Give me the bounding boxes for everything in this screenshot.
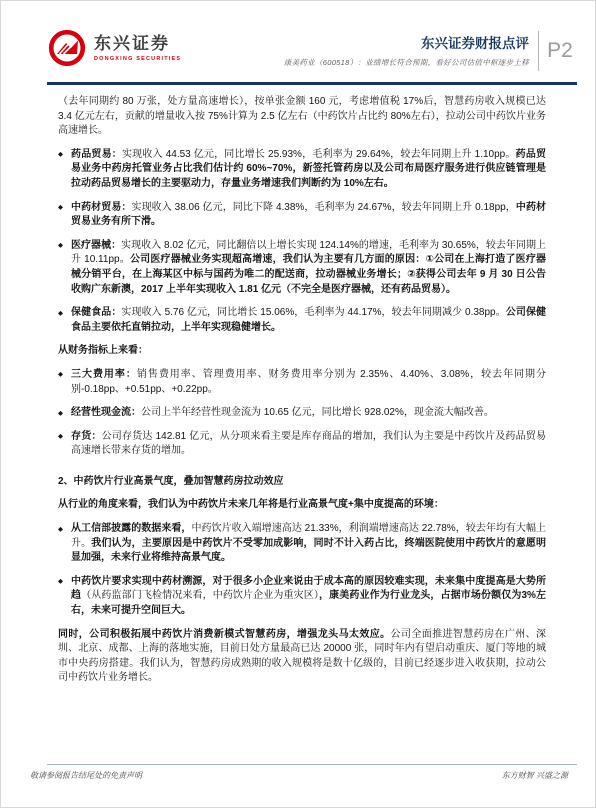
brand: 东兴证券 DONGXING SECURITIES xyxy=(47,28,181,68)
bullet-item: ◆经营性现金流：公司上半年经营性现金流为 10.65 亿元，同比增长 928.0… xyxy=(58,406,546,421)
header-titles: 东兴证券财报点评 康美药业（600518）：业绩增长符合预期，看好公司估值中枢逐… xyxy=(284,35,538,68)
footer-slogan: 东方财智 兴盛之源 xyxy=(502,770,568,781)
page-number: P2 xyxy=(539,39,581,63)
header-rule xyxy=(47,82,577,85)
text-run: 我们认为，主要原因是中药饮片不受零加成影响，同时不计入药占比，终端医院使用中药饮… xyxy=(71,538,546,564)
bullet-diamond-icon: ◆ xyxy=(58,239,63,254)
header-right: 东兴证券财报点评 康美药业（600518）：业绩增长符合预期，看好公司估值中枢逐… xyxy=(284,31,581,71)
report-subtitle: 康美药业（600518）：业绩增长符合预期，看好公司估值中枢逐步上移 xyxy=(284,57,529,68)
brand-name-cn: 东兴证券 xyxy=(94,34,181,54)
report-page: 东兴证券 DONGXING SECURITIES 东兴证券财报点评 康美药业（6… xyxy=(0,0,596,808)
text-run: 保健食品： xyxy=(71,307,121,318)
bullet-item: ◆三大费用率：销售费用率、管理费用率、财务费用率分别为 2.35%、4.40%、… xyxy=(58,368,546,397)
bullet-item: ◆药品贸易：实现收入 44.53 亿元，同比增长 25.93%，毛利率为 29.… xyxy=(58,148,546,192)
text-run: 从行业的角度来看，我们认为中药饮片未来几年将是行业高景气度+集中度提高的环境： xyxy=(58,499,444,510)
text-run: 存货： xyxy=(71,431,102,442)
text-run: 公司医疗器械业务实现超高增速，我们认为主要有几方面的原因：①公司在上海打造了医疗… xyxy=(71,254,546,294)
section-heading: 2、中药饮片行业高景气度，叠加智慧药房拉动效应 xyxy=(58,475,546,490)
footer-disclaimer: 敬请参阅报告结尾处的免责声明 xyxy=(30,770,142,781)
text-run: 从工信部披露的数据来看， xyxy=(71,523,191,534)
report-type-title: 东兴证券财报点评 xyxy=(284,35,529,53)
text-run: （从药监部门飞检情况来看，中药饮片企业为重灾区） xyxy=(81,590,319,601)
text-run: 实现收入 38.06 亿元，同比下降 4.38%，毛利率为 24.67%，较去年… xyxy=(131,202,515,213)
bullet-diamond-icon: ◆ xyxy=(58,201,63,216)
bullet-item: ◆从工信部披露的数据来看，中药饮片收入端增速高达 21.33%，利润端增速高达 … xyxy=(58,522,546,566)
bullet-diamond-icon: ◆ xyxy=(58,430,63,445)
bullet-item: ◆保健食品：实现收入 5.76 亿元，同比增长 15.06%，毛利率为 44.1… xyxy=(58,306,546,335)
text-run: 从财务指标上来看： xyxy=(58,345,148,356)
report-body: （去年同期约 80 万张，处方量高速增长），按单张金额 160 元，考虑增值税 … xyxy=(58,95,546,695)
text-run: 中药材贸易： xyxy=(71,202,131,213)
text-run: 实现收入 5.76 亿元，同比增长 15.06%，毛利率为 44.17%，较去年… xyxy=(121,307,505,318)
footer-rule xyxy=(47,764,577,765)
dongxing-logo-icon xyxy=(47,28,87,68)
section-heading: 从财务指标上来看： xyxy=(58,344,546,359)
brand-name-en: DONGXING SECURITIES xyxy=(94,56,181,62)
bullet-diamond-icon: ◆ xyxy=(58,148,63,163)
bullet-diamond-icon: ◆ xyxy=(58,575,63,590)
text-run: 实现收入 44.53 亿元，同比增长 25.93%，毛利率为 29.64%，较去… xyxy=(122,149,516,160)
paragraph: （去年同期约 80 万张，处方量高速增长），按单张金额 160 元，考虑增值税 … xyxy=(58,95,546,139)
bullet-item: ◆中药饮片要求实现中药材溯源，对于很多小企业来说由于成本高的原因较难实现，未来集… xyxy=(58,575,546,619)
text-run: 经营性现金流： xyxy=(71,407,141,418)
bullet-diamond-icon: ◆ xyxy=(58,307,63,322)
text-run: 公司存货达 142.81 亿元，从分项来看主要是库存商品的增加，我们认为主要是中… xyxy=(71,431,546,457)
text-run: 医疗器械： xyxy=(71,240,121,251)
text-run: 公司上半年经营性现金流为 10.65 亿元，同比增长 928.02%，现金流大幅… xyxy=(141,407,494,418)
bullet-item: ◆存货：公司存货达 142.81 亿元，从分项来看主要是库存商品的增加，我们认为… xyxy=(58,430,546,459)
paragraph: 从行业的角度来看，我们认为中药饮片未来几年将是行业高景气度+集中度提高的环境： xyxy=(58,498,546,513)
text-run: 三大费用率： xyxy=(71,369,137,380)
text-run: 销售费用率、管理费用率、财务费用率分别为 2.35%、4.40%、3.08%，较… xyxy=(71,369,546,395)
text-run: 药品贸易： xyxy=(71,149,122,160)
bullet-item: ◆中药材贸易：实现收入 38.06 亿元，同比下降 4.38%，毛利率为 24.… xyxy=(58,201,546,230)
text-run: 同时，公司积极拓展中药饮片消费新模式智慧药房，增强龙头马太效应。 xyxy=(58,629,391,640)
bullet-diamond-icon: ◆ xyxy=(58,407,63,422)
paragraph: 同时，公司积极拓展中药饮片消费新模式智慧药房，增强龙头马太效应。公司全面推进智慧… xyxy=(58,628,546,686)
bullet-item: ◆医疗器械：实现收入 8.02 亿元，同比翻倍以上增长实现 124.14%的增速… xyxy=(58,239,546,297)
bullet-diamond-icon: ◆ xyxy=(58,368,63,383)
text-run: （去年同期约 80 万张，处方量高速增长），按单张金额 160 元，考虑增值税 … xyxy=(58,96,546,136)
brand-text: 东兴证券 DONGXING SECURITIES xyxy=(94,34,181,62)
text-run: 2、中药饮片行业高景气度，叠加智慧药房拉动效应 xyxy=(58,476,284,487)
bullet-diamond-icon: ◆ xyxy=(58,523,63,538)
